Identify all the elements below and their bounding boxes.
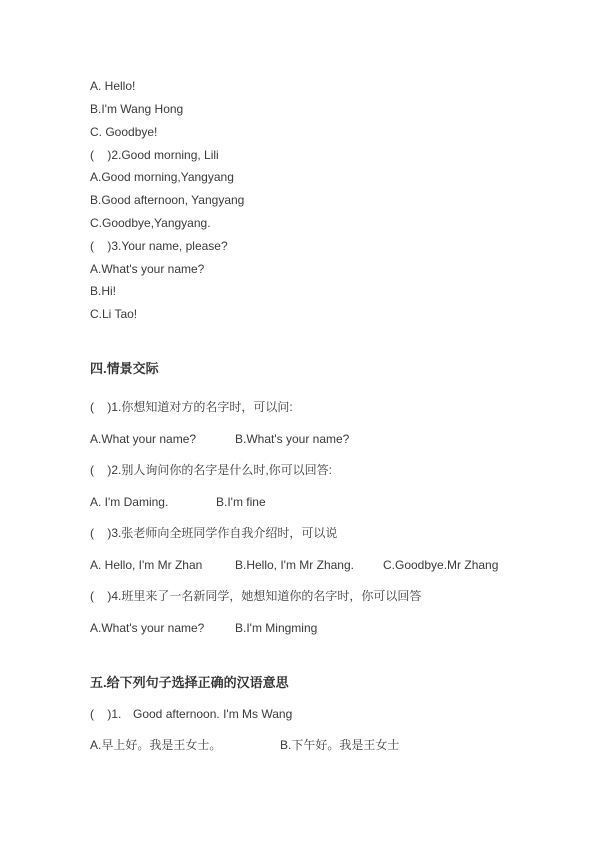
option-a: A.What's your name? bbox=[90, 620, 204, 637]
option-line: C.Li Tao! bbox=[90, 306, 137, 323]
option-c: C.Goodbye.Mr Zhang bbox=[383, 557, 498, 574]
option-b: B.I'm fine bbox=[216, 494, 266, 511]
option-line: C.Goodbye,Yangyang. bbox=[90, 215, 211, 232]
options-row: A.早上好。我是王女士。 B.下午好。我是王女士 bbox=[90, 737, 110, 754]
question-number: ( )1. bbox=[90, 706, 121, 723]
option-b: B.Hello, I'm Mr Zhang. bbox=[235, 557, 354, 574]
document-page: A. Hello! B.I'm Wang Hong C. Goodbye! ( … bbox=[0, 0, 595, 842]
option-line: A.Good morning,Yangyang bbox=[90, 169, 234, 186]
question-line: ( )3.Your name, please? bbox=[90, 238, 228, 255]
question-text: Good afternoon. I'm Ms Wang bbox=[133, 706, 292, 723]
question-line: ( )2.别人询问你的名字是什么时,你可以回答: bbox=[90, 462, 332, 479]
option-line: B.Hi! bbox=[90, 283, 116, 300]
options-row: A.What's your name? B.I'm Mingming bbox=[90, 620, 110, 637]
section-heading: 四.情景交际 bbox=[90, 360, 159, 377]
question-line: ( )4.班里来了一名新同学，她想知道你的名字时，你可以回答 bbox=[90, 588, 421, 605]
question-line: ( )2.Good morning, Lili bbox=[90, 147, 219, 164]
option-a: A.What your name? bbox=[90, 431, 196, 448]
option-a: A.早上好。我是王女士。 bbox=[90, 737, 221, 754]
question-line: ( )3.张老师向全班同学作自我介绍时，可以说 bbox=[90, 525, 337, 542]
option-line: B.Good afternoon, Yangyang bbox=[90, 192, 244, 209]
options-row: A. Hello, I'm Mr Zhan B.Hello, I'm Mr Zh… bbox=[90, 557, 110, 574]
options-row: A.What your name? B.What's your name? bbox=[90, 431, 110, 448]
option-a: A. Hello, I'm Mr Zhan bbox=[90, 557, 202, 574]
section-heading: 五.给下列句子选择正确的汉语意思 bbox=[90, 674, 289, 691]
option-line: B.I'm Wang Hong bbox=[90, 101, 183, 118]
option-b: B.I'm Mingming bbox=[235, 620, 317, 637]
option-a: A. I'm Daming. bbox=[90, 494, 168, 511]
option-line: A.What's your name? bbox=[90, 261, 204, 278]
question-line: ( )1.你想知道对方的名字时，可以问: bbox=[90, 399, 293, 416]
option-line: C. Goodbye! bbox=[90, 124, 157, 141]
option-b: B.下午好。我是王女士 bbox=[280, 737, 399, 754]
option-line: A. Hello! bbox=[90, 78, 135, 95]
question-row: ( )1. Good afternoon. I'm Ms Wang bbox=[90, 706, 110, 723]
option-b: B.What's your name? bbox=[235, 431, 349, 448]
options-row: A. I'm Daming. B.I'm fine bbox=[90, 494, 110, 511]
